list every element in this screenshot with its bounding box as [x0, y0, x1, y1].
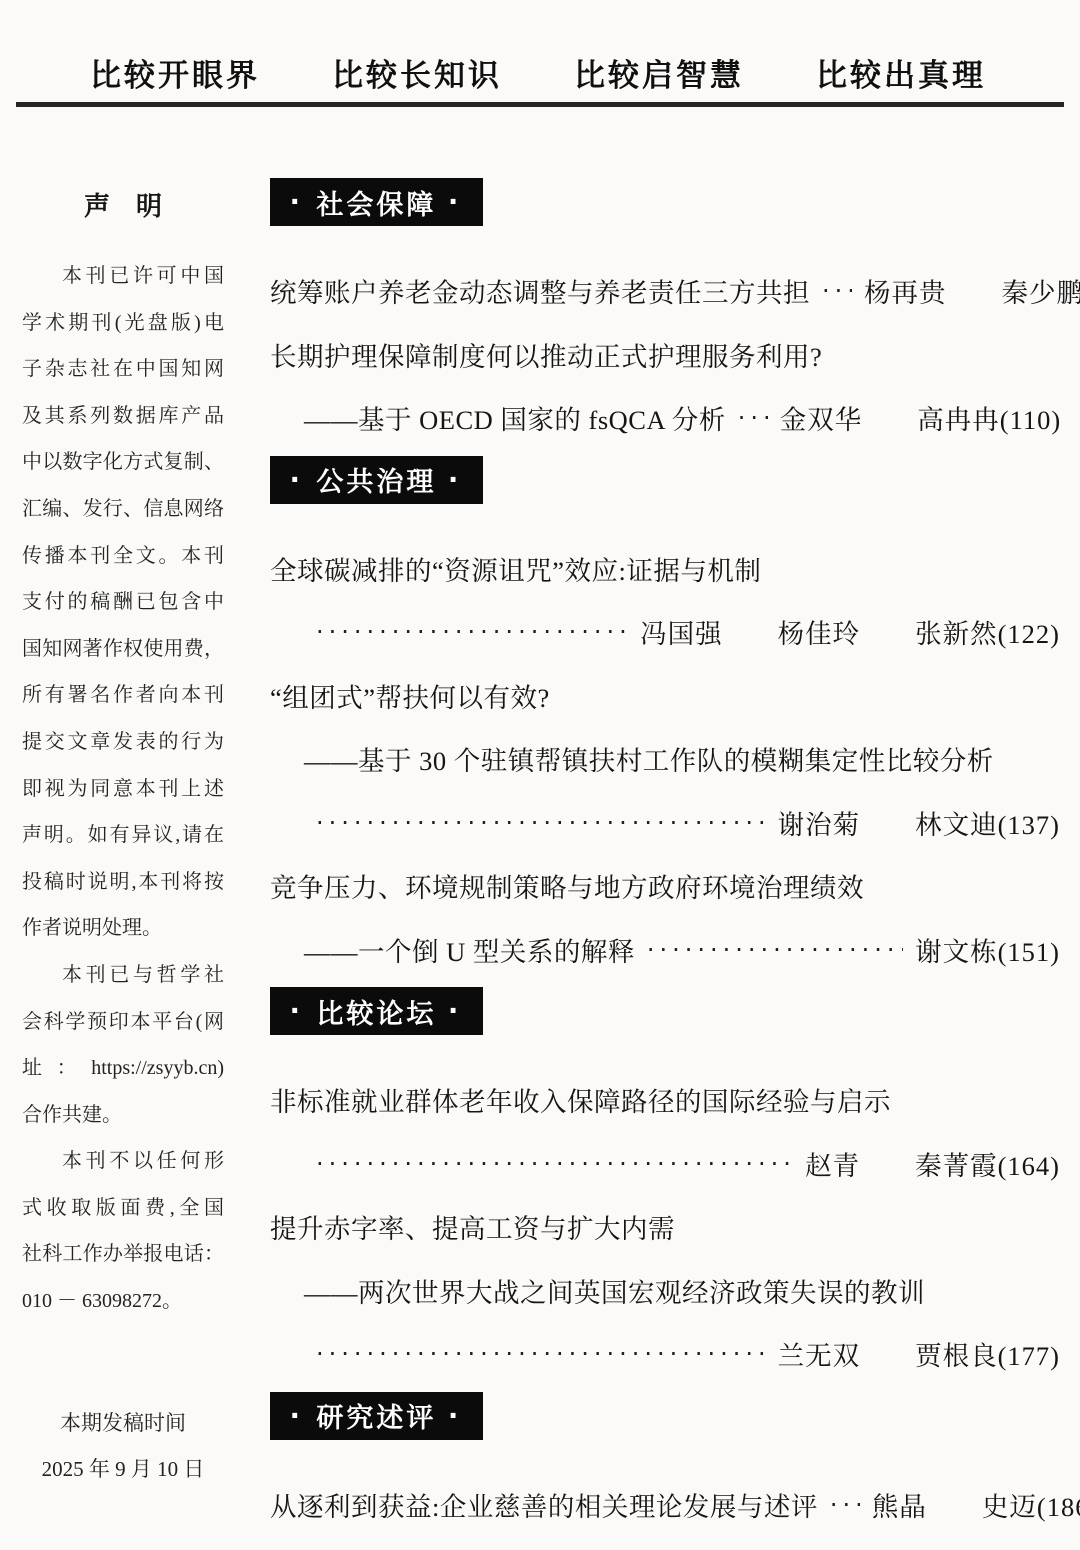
toc-entry-line: 赵青 秦菁霞(164): [270, 1132, 1060, 1196]
toc-entry-line: 长期护理保障制度何以推动正式护理服务利用?: [270, 323, 1060, 387]
article-authors-page: 赵青 秦菁霞(164): [805, 1144, 1060, 1183]
article-authors-page: 杨再贵 秦少鹏(98): [864, 271, 1080, 310]
issue-date-block: 本期发稿时间 2025 年 9 月 10 日: [22, 1400, 224, 1492]
section-articles: 全球碳减排的“资源诅咒”效应:证据与机制冯国强 杨佳玲 张新然(122)“组团式…: [270, 537, 1060, 982]
statement-line: 及其系列数据库产品: [22, 393, 224, 440]
toc-entry-line: “组团式”帮扶何以有效?: [270, 664, 1060, 728]
article-authors-page: 熊晶 史迈(186): [872, 1485, 1080, 1524]
toc-entry-line: 从逐利到获益:企业慈善的相关理论发展与述评熊晶 史迈(186): [270, 1473, 1060, 1537]
statement-line: 010 － 63098272。: [22, 1278, 224, 1325]
statement-line: 合作共建。: [22, 1092, 224, 1139]
section-badge-social-security: 社会保障: [270, 178, 483, 226]
statement-paragraphs: 本刊已许可中国学术期刊(光盘版)电子杂志社在中国知网及其系列数据库产品中以数字化…: [22, 253, 224, 1325]
dot-leader: [822, 275, 852, 306]
article-authors-page: 谢治菊 林文迪(137): [778, 803, 1060, 842]
dot-leader: [738, 402, 768, 433]
masthead-slogan: 比较长知识: [332, 50, 502, 95]
toc-section-research-review: 研究述评从逐利到获益:企业慈善的相关理论发展与述评熊晶 史迈(186): [270, 1392, 1060, 1537]
section-badge-comparison-forum: 比较论坛: [270, 987, 483, 1035]
statement-line: 式收取版面费,全国: [22, 1185, 224, 1232]
statement-line: 本刊已与哲学社: [22, 952, 224, 999]
statement-line: 本刊已许可中国: [22, 253, 224, 300]
section-badge-public-governance: 公共治理: [270, 456, 483, 504]
dot-leader: [830, 1489, 860, 1520]
section-badge-label: 社会保障: [316, 183, 436, 222]
article-title: ——基于 OECD 国家的 fsQCA 分析: [304, 398, 726, 437]
statement-line: 传播本刊全文。本刊: [22, 533, 224, 580]
toc-entry-line: ——一个倒 U 型关系的解释谢文栋(151): [270, 918, 1060, 982]
issue-date-label: 本期发稿时间: [22, 1400, 224, 1446]
toc-section-comparison-forum: 比较论坛非标准就业群体老年收入保障路径的国际经验与启示赵青 秦菁霞(164)提升…: [270, 987, 1060, 1386]
article-title: 从逐利到获益:企业慈善的相关理论发展与述评: [270, 1485, 818, 1524]
toc-entry-line: 竞争压力、环境规制策略与地方政府环境治理绩效: [270, 854, 1060, 918]
toc-entry-line: 冯国强 杨佳玲 张新然(122): [270, 600, 1060, 664]
toc-entry-line: 兰无双 贾根良(177): [270, 1322, 1060, 1386]
section-badge-label: 比较论坛: [316, 992, 436, 1031]
section-badge-label: 研究述评: [316, 1396, 436, 1435]
journal-toc-page: 比较开眼界比较长知识比较启智慧比较出真理 声 明 本刊已许可中国学术期刊(光盘版…: [0, 0, 1080, 1550]
article-authors-page: 谢文栋(151): [915, 930, 1060, 969]
article-title: 全球碳减排的“资源诅咒”效应:证据与机制: [270, 549, 761, 588]
article-title: 长期护理保障制度何以推动正式护理服务利用?: [270, 335, 822, 374]
statement-line: 会科学预印本平台(网: [22, 999, 224, 1046]
toc-entry-line: ——基于 30 个驻镇帮镇扶村工作队的模糊集定性比较分析: [270, 727, 1060, 791]
statement-line: 中以数字化方式复制、: [22, 439, 224, 486]
statement-line: 社科工作办举报电话：: [22, 1231, 224, 1278]
statement-line: 投稿时说明,本刊将按: [22, 859, 224, 906]
toc-entry-line: 全球碳减排的“资源诅咒”效应:证据与机制: [270, 537, 1060, 601]
statement-line: 支付的稿酬已包含中: [22, 579, 224, 626]
statement-line: 即视为同意本刊上述: [22, 766, 224, 813]
statement-sidebar: 声 明 本刊已许可中国学术期刊(光盘版)电子杂志社在中国知网及其系列数据库产品中…: [22, 190, 224, 1325]
statement-line: 声明。如有异议,请在: [22, 812, 224, 859]
dot-leader: [316, 616, 628, 647]
article-authors-page: 兰无双 贾根良(177): [778, 1334, 1060, 1373]
issue-date-value: 2025 年 9 月 10 日: [22, 1446, 224, 1492]
article-title: 统筹账户养老金动态调整与养老责任三方共担: [270, 271, 810, 310]
article-authors-page: 冯国强 杨佳玲 张新然(122): [640, 612, 1060, 651]
toc-section-social-security: 社会保障统筹账户养老金动态调整与养老责任三方共担杨再贵 秦少鹏(98)长期护理保…: [270, 178, 1060, 450]
statement-title: 声 明: [22, 190, 224, 224]
masthead-slogan: 比较出真理: [816, 50, 986, 95]
masthead-double-rule: [16, 102, 1064, 107]
statement-line: 址：https://zsyyb.cn): [22, 1045, 224, 1092]
statement-line: 国知网著作权使用费，: [22, 626, 224, 673]
article-title: 非标准就业群体老年收入保障路径的国际经验与启示: [270, 1080, 891, 1119]
statement-line: 作者说明处理。: [22, 905, 224, 952]
statement-line: 学术期刊(光盘版)电: [22, 300, 224, 347]
statement-line: 所有署名作者向本刊: [22, 672, 224, 719]
article-title: “组团式”帮扶何以有效?: [270, 676, 550, 715]
toc-entry-line: 统筹账户养老金动态调整与养老责任三方共担杨再贵 秦少鹏(98): [270, 259, 1060, 323]
masthead-slogan: 比较启智慧: [574, 50, 744, 95]
article-title: ——两次世界大战之间英国宏观经济政策失误的教训: [304, 1271, 925, 1310]
statement-line: 本刊不以任何形: [22, 1138, 224, 1185]
masthead-slogan: 比较开眼界: [90, 50, 260, 95]
toc-entry-line: ——基于 OECD 国家的 fsQCA 分析金双华 高冉冉(110): [270, 386, 1060, 450]
toc-entry-line: ——两次世界大战之间英国宏观经济政策失误的教训: [270, 1259, 1060, 1323]
article-title: 提升赤字率、提高工资与扩大内需: [270, 1207, 675, 1246]
section-badge-research-review: 研究述评: [270, 1392, 483, 1440]
statement-line: 提交文章发表的行为: [22, 719, 224, 766]
section-articles: 从逐利到获益:企业慈善的相关理论发展与述评熊晶 史迈(186): [270, 1473, 1060, 1537]
masthead-slogans: 比较开眼界比较长知识比较启智慧比较出真理: [90, 50, 986, 95]
section-badge-label: 公共治理: [316, 460, 436, 499]
statement-line: 子杂志社在中国知网: [22, 346, 224, 393]
section-articles: 非标准就业群体老年收入保障路径的国际经验与启示赵青 秦菁霞(164)提升赤字率、…: [270, 1068, 1060, 1386]
dot-leader: [647, 934, 903, 965]
dot-leader: [316, 1338, 766, 1369]
article-title: ——基于 30 个驻镇帮镇扶村工作队的模糊集定性比较分析: [304, 739, 994, 778]
toc-sections: 社会保障统筹账户养老金动态调整与养老责任三方共担杨再贵 秦少鹏(98)长期护理保…: [270, 112, 1060, 1536]
section-articles: 统筹账户养老金动态调整与养老责任三方共担杨再贵 秦少鹏(98)长期护理保障制度何…: [270, 259, 1060, 450]
article-title: ——一个倒 U 型关系的解释: [304, 930, 635, 969]
dot-leader: [316, 1148, 793, 1179]
toc-entry-line: 提升赤字率、提高工资与扩大内需: [270, 1195, 1060, 1259]
toc-entry-line: 谢治菊 林文迪(137): [270, 791, 1060, 855]
statement-line: 汇编、发行、信息网络: [22, 486, 224, 533]
toc-section-public-governance: 公共治理全球碳减排的“资源诅咒”效应:证据与机制冯国强 杨佳玲 张新然(122)…: [270, 456, 1060, 982]
dot-leader: [316, 807, 766, 838]
article-title: 竞争压力、环境规制策略与地方政府环境治理绩效: [270, 866, 864, 905]
toc-entry-line: 非标准就业群体老年收入保障路径的国际经验与启示: [270, 1068, 1060, 1132]
article-authors-page: 金双华 高冉冉(110): [780, 398, 1061, 437]
